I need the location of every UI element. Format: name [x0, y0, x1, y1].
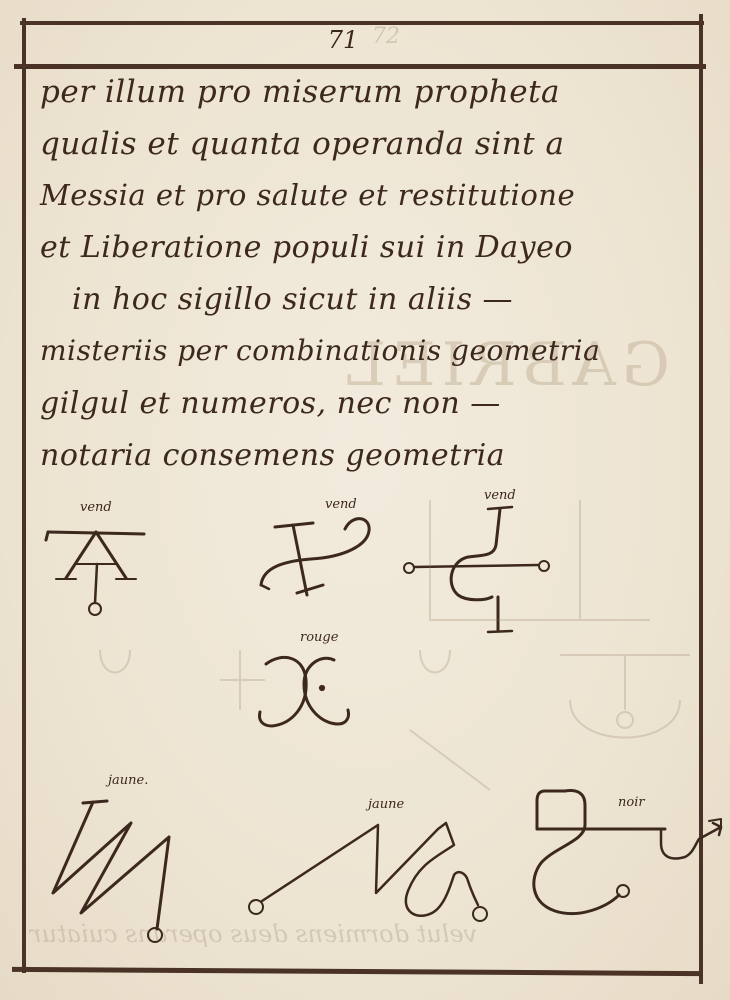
frame-bottom-border	[12, 967, 702, 976]
page-number: 71	[318, 26, 368, 54]
text-line-2: qualis et quanta operanda sint a	[40, 126, 564, 162]
sigil-5-icon	[45, 795, 185, 949]
text-line-7: gilgul et numeros, nec non —	[40, 386, 501, 421]
text-line-3: Messia et pro salute et restitutione	[40, 178, 575, 212]
show-through-diagram	[90, 480, 690, 804]
sigil-6-icon	[240, 815, 500, 929]
frame-left-border	[22, 18, 26, 973]
text-line-8: notaria consemens geometria	[40, 438, 505, 473]
text-line-1: per illum pro miserum propheta	[40, 74, 560, 110]
text-line-5: in hoc sigillo sicut in aliis —	[72, 282, 513, 317]
text-line-4: et Liberatione populi sui in Dayeo	[40, 230, 573, 265]
text-line-6: misteriis per combinationis geometria	[40, 334, 600, 367]
frame-top-border	[20, 21, 704, 25]
manuscript-page: 72 71 GABRIEL velut dormiens deus operan…	[0, 0, 730, 1000]
sigil-7-icon	[525, 785, 725, 929]
frame-header-divider	[14, 64, 706, 69]
ghost-page-number: 72	[372, 24, 400, 49]
